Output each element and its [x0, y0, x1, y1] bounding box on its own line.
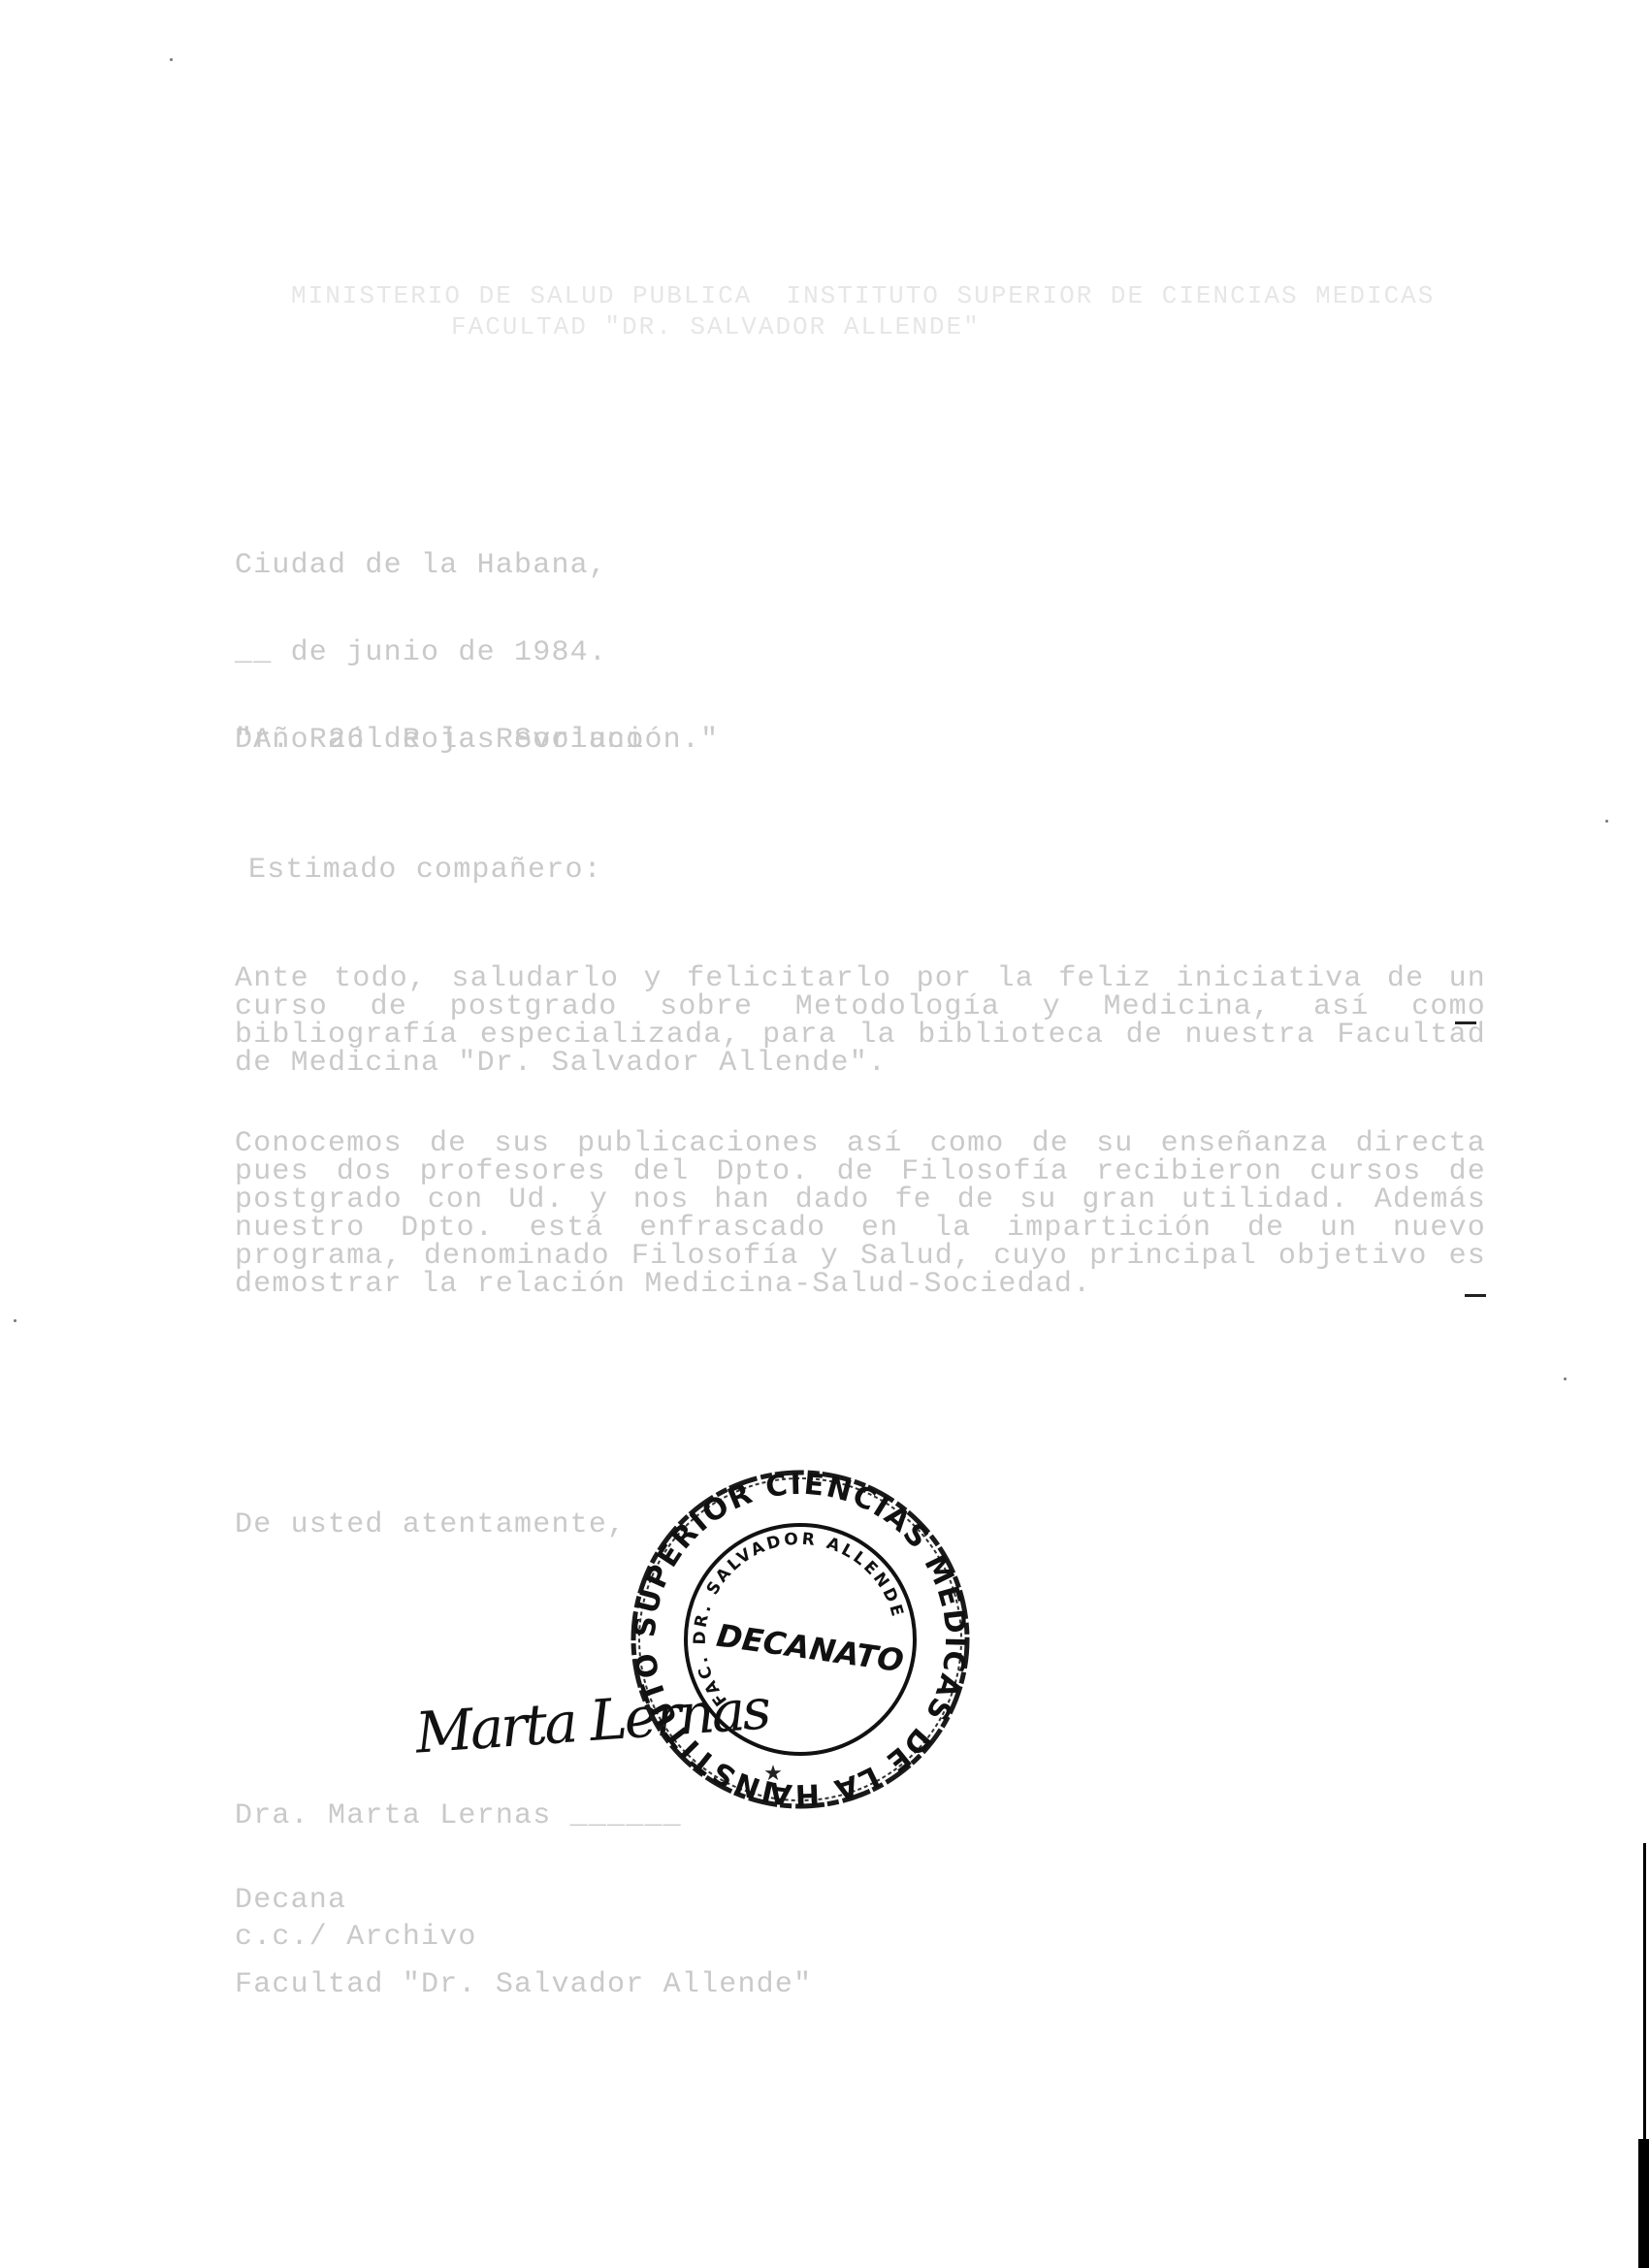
- scan-speck: [170, 58, 173, 61]
- margin-mark: [1465, 1294, 1486, 1297]
- closing: De usted atentamente,: [235, 1508, 626, 1541]
- margin-mark: [1455, 1021, 1476, 1024]
- letter-page: MINISTERIO DE SALUD PUBLICA INSTITUTO SU…: [0, 0, 1649, 2268]
- date-line: __ de junio de 1984.: [235, 638, 719, 667]
- letterhead-line-1: MINISTERIO DE SALUD PUBLICA INSTITUTO SU…: [291, 281, 1435, 310]
- stamp-center-text: DECANATO: [714, 1617, 906, 1680]
- scan-speck: [1564, 1377, 1567, 1380]
- signatory-title: Decana: [235, 1887, 812, 1915]
- signatory-institution: Facultad "Dr. Salvador Allende": [235, 1971, 812, 1999]
- scan-speck: [1605, 820, 1608, 823]
- decanato-stamp: INSTITUTO SUPERIOR CIENCIAS MEDICAS DE L…: [626, 1465, 975, 1814]
- scan-edge-line: [1643, 1843, 1646, 2139]
- date-block: Ciudad de la Habana, __ de junio de 1984…: [235, 493, 719, 813]
- letterhead-line-2: FACULTAD "DR. SALVADOR ALLENDE": [451, 312, 981, 341]
- stamp-star-icon: ★: [763, 1762, 783, 1786]
- addressee: Dr. Raúl Rojas Soriano: [235, 724, 644, 757]
- carbon-copy: c.c./ Archivo: [235, 1921, 477, 1954]
- body-paragraph-2: Conocemos de sus publicaciones así como …: [235, 1130, 1486, 1299]
- body-paragraph-1: Ante todo, saludarlo y felicitarlo por l…: [235, 965, 1486, 1078]
- scan-speck: [14, 1319, 16, 1322]
- greeting: Estimado compañero:: [248, 854, 602, 887]
- scan-edge-bar: [1638, 2139, 1649, 2268]
- date-city: Ciudad de la Habana,: [235, 551, 719, 580]
